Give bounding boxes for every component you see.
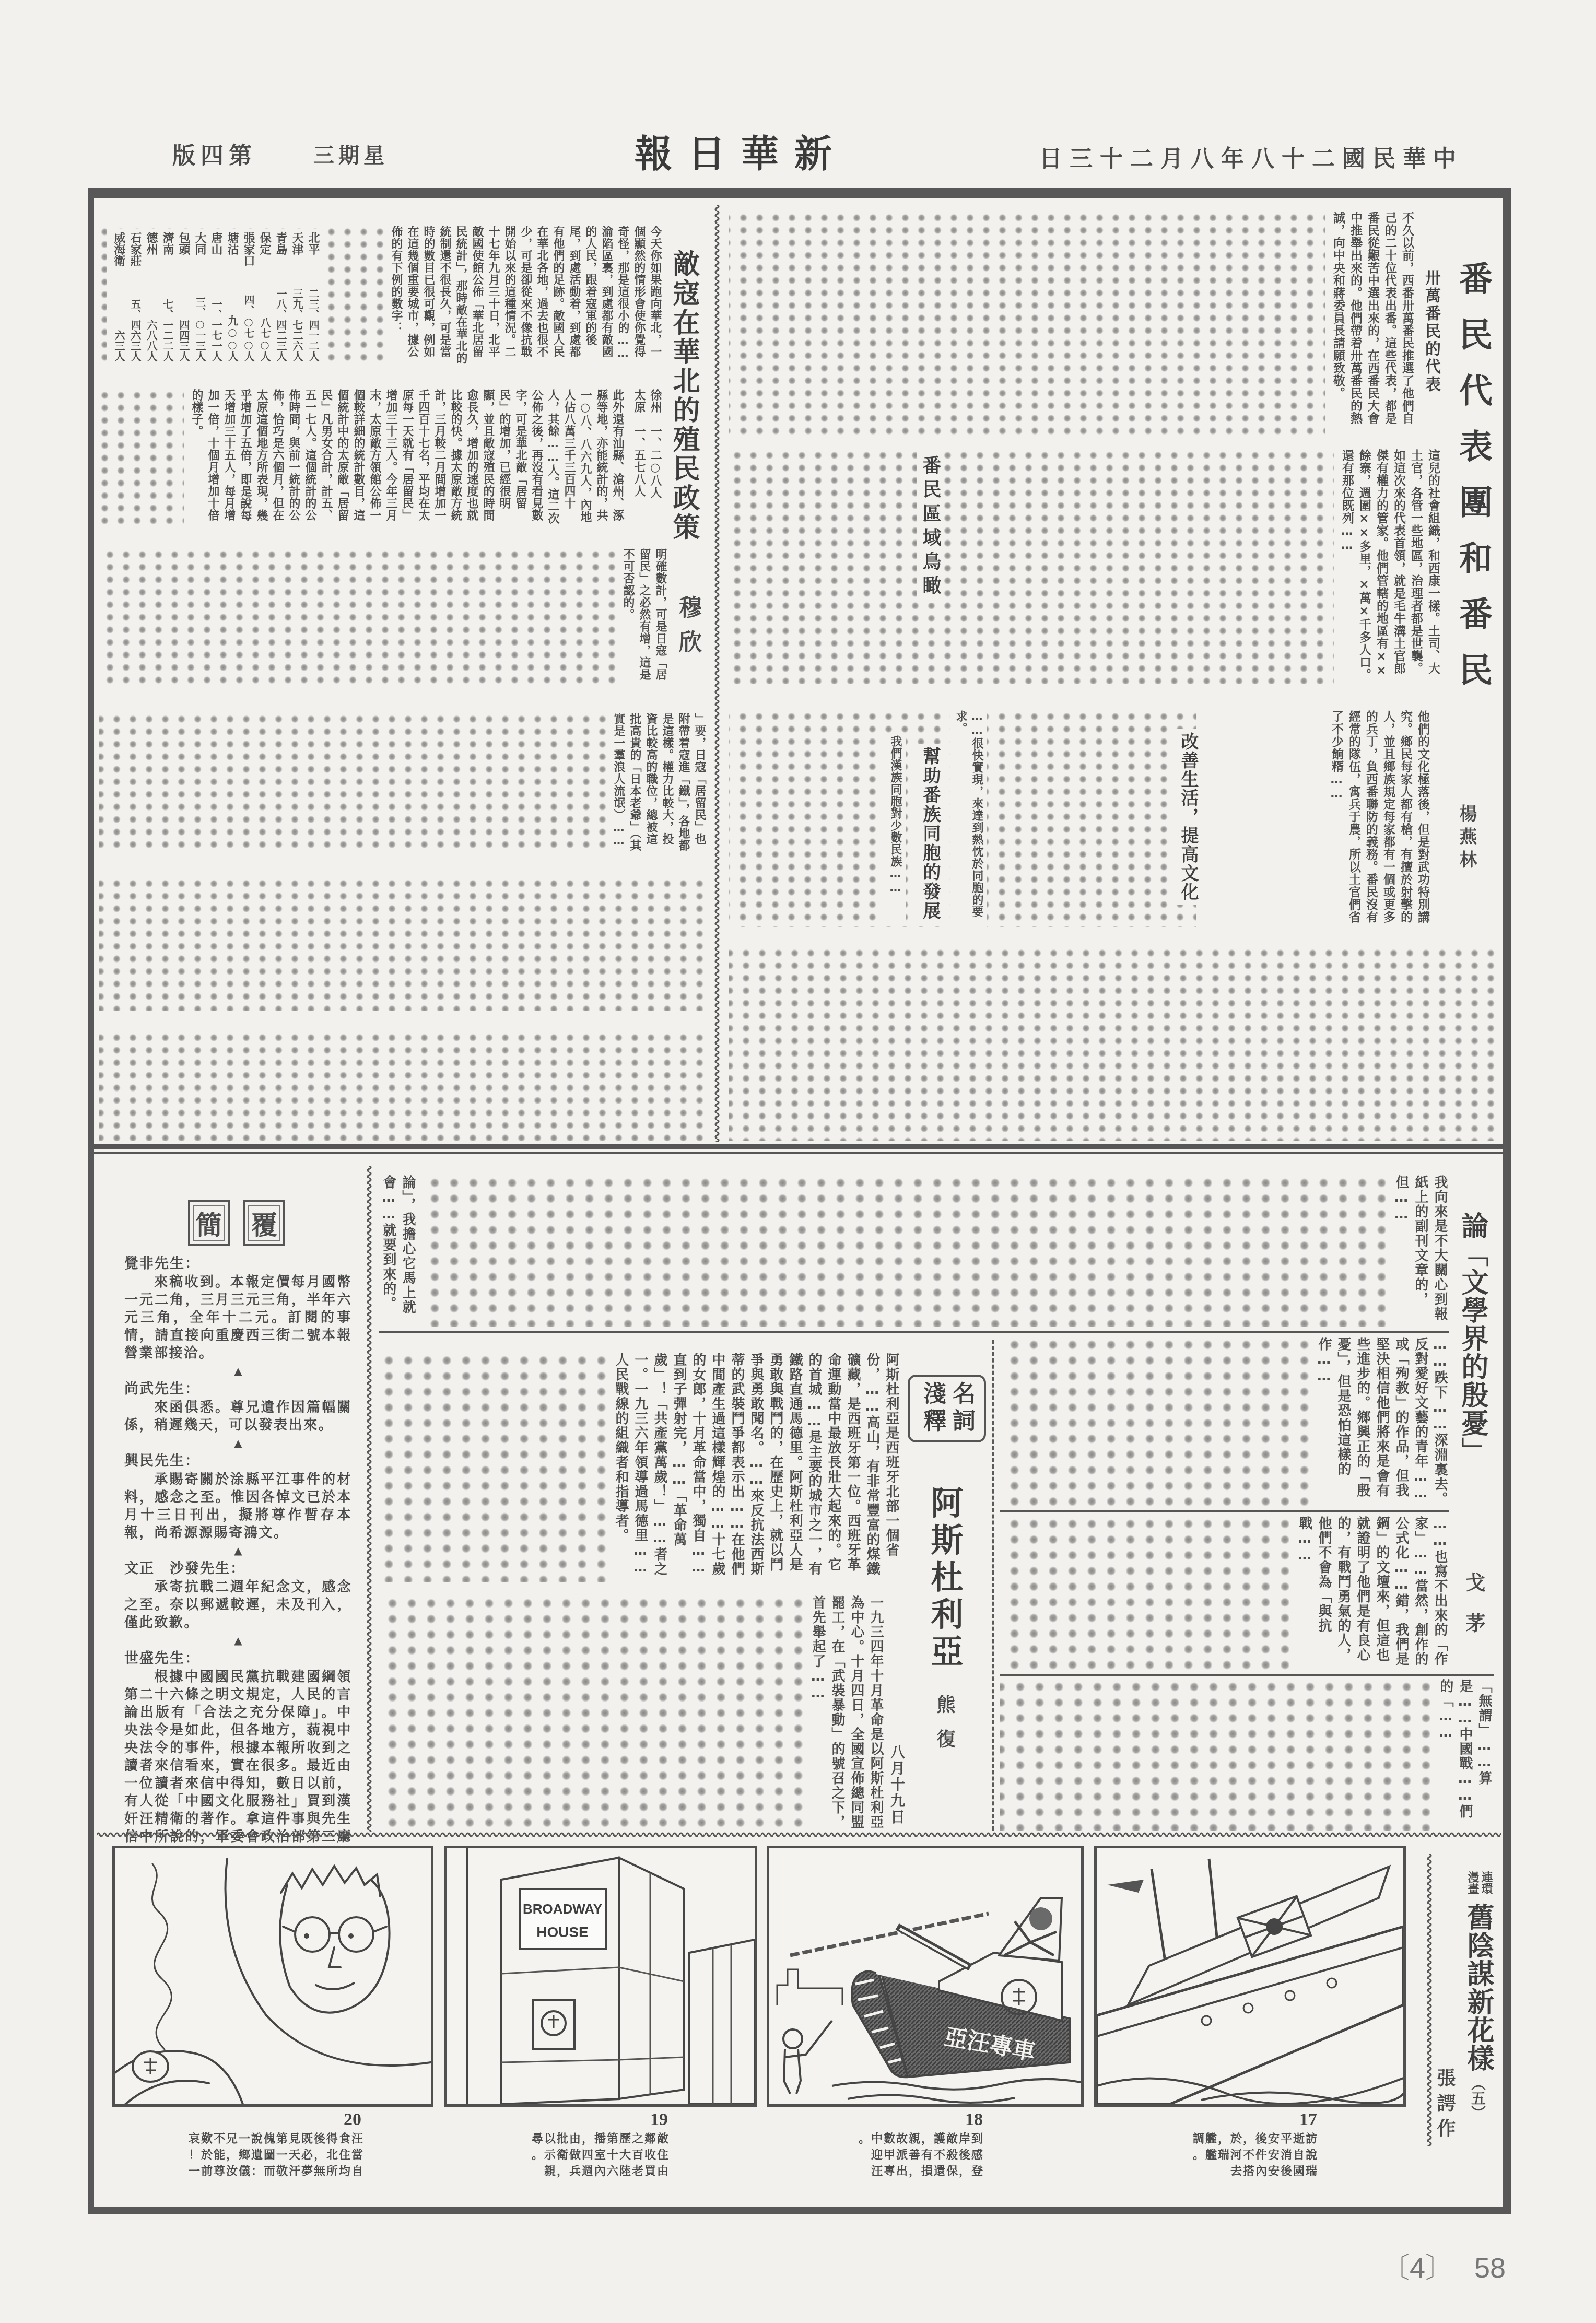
literature-paragraph: ……跌下……深淵裏去。反對愛好文藝的青年……或「殉教」的作品，但我堅決相信他們將… xyxy=(1310,1337,1449,1507)
illegible-print-texture xyxy=(1000,1679,1494,1831)
fanmin-paragraph: 這兒的社會組織，和西康一樣。土司、大土官，各管一些地區，治理者都是世襲。如這次來… xyxy=(1334,449,1441,684)
literature-paragraph-end: 論」，我擔心它馬上就會……就要到來的。 xyxy=(379,1175,420,1327)
literature-text-band-1: 我向來是不大關心到報紙上的副刊文章的，但…… 論」，我擔心它馬上就會……就要到來… xyxy=(379,1175,1449,1327)
page-number-value: 58 xyxy=(1474,2252,1506,2284)
colonial-text-band-2: 徐州 一、二○八人 太原 一、五七八人 此外還有汕縣、滄州、涿縣等地，亦能統計的… xyxy=(99,389,663,526)
fanmin-text-band-3: 他們的文化極落後，但是對武功特別講究。鄉民每家人都有槍，有擅於射擊的人，並且鄉族… xyxy=(729,710,1431,927)
reply-addressee: 尚武先生： xyxy=(124,1380,352,1399)
table-count: 六八八人 xyxy=(145,285,158,361)
replies-heading: 覆 簡 xyxy=(188,1200,285,1246)
table-row: 大同三、○一三人 xyxy=(191,229,207,362)
caption-line: 調艦，於，後安平逝訪 xyxy=(1193,2131,1318,2147)
newspaper-masthead: 新華日報 xyxy=(635,123,848,178)
caption-line: 。中數故親，護敵岸到 xyxy=(859,2131,984,2147)
table-city: 北平 xyxy=(306,232,320,284)
table-count: 一、二○八人 xyxy=(649,425,662,499)
table-city: 德州 xyxy=(144,232,158,284)
table-count: 八七○人 xyxy=(258,285,272,361)
comic-series-label: 連環漫畫 xyxy=(1465,1871,1493,1897)
table-count: 四、○七○人 xyxy=(242,285,255,361)
comic-author: 張諤作 xyxy=(1434,2068,1456,2143)
band-rule xyxy=(1000,1674,1494,1676)
literature-article-title: 論「文學界的殷憂」 xyxy=(1456,1212,1488,1465)
table-city: 徐州 xyxy=(649,389,662,413)
residents-table: 北平二三、四一二人 天津三九、七二六人 青島一八、四二三人 保定八七○人 張家口… xyxy=(107,229,321,363)
table-row: 天津三九、七二六人 xyxy=(288,229,304,362)
comic-panel-number: 17 xyxy=(1299,2110,1317,2130)
dashed-column-divider xyxy=(992,1340,994,1831)
building-sign-line-1: BROADWAY xyxy=(523,1901,602,1917)
wavy-column-divider xyxy=(1426,1854,1433,2146)
comic-panel-18: 亞汪專車 xyxy=(767,1846,1084,2107)
table-count: 一、五七八人 xyxy=(632,425,646,497)
caption-line: ！於能，鄉遺圖一天必，北住當 xyxy=(189,2147,364,2163)
literature-paragraph: 我向來是不大關心到報紙上的副刊文章的，但…… xyxy=(1387,1175,1449,1327)
table-count: 三九、七二六人 xyxy=(290,285,304,361)
glossary-paragraph: 一九三四年十月革命是以阿斯杜利亞為中心。十月四日，全國宣佈總同盟罷工，在「武裝暴… xyxy=(804,1595,885,1831)
colonial-text-band-5 xyxy=(99,877,708,1011)
fanmin-paragraph-end: ……很快實現，來達到熱忱於同胞的要求。 xyxy=(950,710,987,927)
fanmin-text-band-4 xyxy=(729,947,1499,1141)
reply-body: 來函俱悉。尊兄遺作因篇幅關係，稍遲幾天，可以發表出來。 xyxy=(124,1399,352,1434)
comic-part-number: （五） xyxy=(1469,2076,1486,2120)
table-count: 二三、四一二人 xyxy=(307,285,320,361)
wavy-column-divider xyxy=(713,205,721,1142)
reply-addressee: 覺非先生： xyxy=(124,1254,352,1273)
reply-body: 承寄抗戰二週年紀念文，感念之至。奈以郵遞較遲，未及刊入，僅此致歉。 xyxy=(124,1578,352,1632)
colonial-paragraph: 明確數計，可是日寇「居留民」之必然有增，這是不可否認的。 xyxy=(616,548,668,685)
caption-line: 迎甲派善有不殺後感 xyxy=(859,2147,984,2163)
caption-line: 。示衛做四室十大百收住 xyxy=(532,2147,670,2163)
table-city: 包頭 xyxy=(176,232,191,284)
separator-triangle-icon: ▲ xyxy=(124,1542,352,1559)
comic-panel-20 xyxy=(112,1846,433,2107)
table-city: 塘沽 xyxy=(225,232,239,284)
table-row: 包頭四四三人 xyxy=(175,229,191,362)
separator-triangle-icon: ▲ xyxy=(124,1434,352,1452)
fanmin-paragraph: 不久以前，西番卅萬番民推選了他們自己的二十位代表出番。這些代表，都是番民從艱苦中… xyxy=(1325,212,1415,436)
fanmin-text-band-2: 這兒的社會組織，和西康一樣。土司、大土官，各管一些地區，治理者都是世襲。如這次來… xyxy=(729,449,1441,684)
comic-caption: 。中數故親，護敵岸到 迎甲派善有不殺後感 汪專出，損還保，登 xyxy=(859,2131,984,2179)
caption-line: 親，兵週內六陸老買由 xyxy=(532,2163,670,2179)
fanmin-article-byline: 楊燕林 xyxy=(1456,804,1477,873)
table-city: 威海衛 xyxy=(111,232,126,284)
table-count: 五、四六三人 xyxy=(128,285,142,361)
section-divider xyxy=(94,1144,1504,1149)
table-city: 石家莊 xyxy=(127,232,142,284)
table-row: 唐山一、一七一人 xyxy=(207,229,224,362)
table-city: 大同 xyxy=(192,232,207,284)
table-city: 青島 xyxy=(273,232,288,284)
band-rule xyxy=(379,1331,1449,1333)
table-count: 一、一七一人 xyxy=(209,285,223,361)
comic-title: 舊陰謀新花樣 xyxy=(1462,1903,1494,2072)
band-rule xyxy=(1000,1510,1449,1512)
colonial-text-band-1: 今天你如果跑向華北，一個顯然的情形會使你覺得奇怪，那是這很小的……淪陷區裏，到處… xyxy=(99,226,663,364)
separator-triangle-icon: ▲ xyxy=(124,1362,352,1380)
comic-panel-number: 20 xyxy=(344,2110,361,2130)
glossary-label: 名詞淺釋 xyxy=(918,1381,976,1436)
colonial-text-band-6 xyxy=(99,1031,708,1141)
table-row: 青島一八、四二三人 xyxy=(272,229,288,362)
dreaming-sleeper-illustration xyxy=(115,1848,431,2104)
table-city: 保定 xyxy=(257,232,272,284)
colonial-text-band-3: 明確數計，可是日寇「居留民」之必然有增，這是不可否認的。 xyxy=(99,548,668,685)
literature-article-byline: 戈茅 xyxy=(1462,1572,1485,1653)
glossary-byline: 熊復 xyxy=(933,1695,955,1764)
table-row: 太原 一、五七八人 xyxy=(631,389,647,526)
caption-line: 去搭內安後國瑞 xyxy=(1193,2163,1318,2179)
reply-body: 來稿收到。本報定價每月國幣一元二角，三月三元三角，半年六元三角，全年十二元。訂閱… xyxy=(124,1273,352,1362)
glossary-paragraph: 阿斯杜利亞是西班牙北部一個省份，……高山，有非常豐富的煤鐵礦藏，是西班牙第一位。… xyxy=(607,1353,901,1582)
reply-addressee: 世盛先生： xyxy=(124,1649,352,1668)
residents-table-continued: 徐州 一、二○八人 太原 一、五七八人 xyxy=(626,389,663,526)
literature-text-band-2: ……跌下……深淵裏去。反對愛好文藝的青年……或「殉教」的作品，但我堅決相信他們將… xyxy=(1000,1337,1449,1507)
comic-panel-number: 18 xyxy=(965,2110,983,2130)
colonial-article-title: 敵寇在華北的殖民政策 xyxy=(667,250,700,542)
subhead-delegates: 卅萬番民的代表 xyxy=(1419,266,1442,397)
table-count: 四四三人 xyxy=(177,285,191,361)
table-count: 六三人 xyxy=(112,285,126,361)
illegible-print-texture xyxy=(99,548,668,685)
colonial-paragraph: 今天你如果跑向華北，一個顯然的情形會使你覺得奇怪，那是這很小的……淪陷區裏，到處… xyxy=(384,226,663,364)
issue-date: 中華民國二十八年八月二十三日 xyxy=(1039,140,1463,173)
fanmin-text-band-1: 不久以前，西番卅萬番民推選了他們自己的二十位代表出番。這些代表，都是番民從艱苦中… xyxy=(729,212,1415,436)
table-city: 天津 xyxy=(289,232,304,284)
broadway-house-building-illustration: BROADWAY HOUSE xyxy=(447,1848,755,2104)
table-row: 威海衛六三人 xyxy=(110,229,126,362)
caption-line: 哀歎不兄一說傀第見既後得食汪 xyxy=(189,2131,364,2147)
glossary-label-box: 名詞淺釋 xyxy=(908,1375,986,1442)
comic-caption: 調艦，於，後安平逝訪 。艦瑞河不件安消自說 去搭內安後國瑞 xyxy=(1193,2131,1318,2179)
separator-triangle-icon: ▲ xyxy=(124,1632,352,1649)
table-row: 張家口四、○七○人 xyxy=(240,229,256,362)
fanmin-paragraph: 他們的文化極落後，但是對武功特別講究。鄉民每家人都有槍，有擅於射擊的人，並且鄉族… xyxy=(1196,710,1431,927)
comic-caption: 哀歎不兄一說傀第見既後得食汪 ！於能，鄉遺圖一天必，北住當 一前尊汝儀：而敬汗夢… xyxy=(189,2131,364,2179)
reply-addressee: 興民先生： xyxy=(124,1452,352,1471)
subhead-improve-life: 改善生活，提高文化 xyxy=(1175,729,1201,905)
wavy-strip-divider xyxy=(97,1831,1501,1838)
illegible-print-texture xyxy=(99,1031,708,1141)
weekday-label: 星期三 xyxy=(313,139,389,169)
illegible-print-texture xyxy=(729,947,1499,1141)
subhead-help-compatriots: 幫助番族同胞的發展 xyxy=(917,744,943,924)
literature-paragraph: ……也寫不出來的「作家」……當然，創作的公式化……錯，我們是鋼」的文壇來，但這也… xyxy=(1290,1516,1449,1670)
table-count: 一八、四二三人 xyxy=(274,285,288,361)
warship-illustration xyxy=(1097,1848,1403,2104)
table-count: 七、一二二人 xyxy=(161,285,174,361)
literature-text-band-3: ……也寫不出來的「作家」……當然，創作的公式化……錯，我們是鋼」的文壇來，但這也… xyxy=(1000,1516,1449,1670)
reply-body: 承賜寄關於涂縣平江事件的材料，感念之至。惟因各悼文已於本月十三日刊出，擬將尊作暫… xyxy=(124,1471,352,1542)
table-row: 保定八七○人 xyxy=(256,229,272,362)
table-city: 太原 xyxy=(632,389,646,413)
table-count: 九○○人 xyxy=(226,285,239,361)
subhead-region-overview: 番民區域鳥瞰 xyxy=(917,452,944,603)
fanmin-article-title: 番民代表團和番民 xyxy=(1453,261,1493,708)
page-section-label: 〔4〕 xyxy=(1381,2252,1453,2284)
illegible-print-texture xyxy=(729,212,1415,436)
reply-addressee: 文正 沙發先生： xyxy=(124,1559,352,1578)
caption-line: 一前尊汝儀：而敬汗夢無所均自 xyxy=(189,2163,364,2179)
table-count: 三、○一三人 xyxy=(193,285,207,361)
table-row: 北平二三、四一二人 xyxy=(304,229,321,362)
caption-line: 尋以批由，播第歷之鄰敵 xyxy=(532,2131,670,2147)
tank-landing-illustration: 亞汪專車 xyxy=(769,1848,1081,2104)
table-city: 張家口 xyxy=(241,232,255,284)
glossary-text-band-1: 阿斯杜利亞是西班牙北部一個省份，……高山，有非常豐富的煤鐵礦藏，是西班牙第一位。… xyxy=(379,1353,901,1582)
caption-line: 。艦瑞河不件安消自說 xyxy=(1193,2147,1318,2163)
fanmin-paragraph-help: 我們漢族同胞對少數民族…… xyxy=(885,735,906,923)
illegible-print-texture xyxy=(99,877,708,1011)
colonial-text-band-4: 」要，日寇「居留民」也附帶着寇進「鐵」，各地都是這樣。權力比較大，投資比較高的職… xyxy=(99,713,708,853)
wavy-column-divider xyxy=(366,1166,373,1832)
edition-label: 第四版 xyxy=(172,137,257,170)
comic-panel-number: 19 xyxy=(650,2110,668,2130)
glossary-date: 八月十九日 xyxy=(888,1744,906,1825)
colonial-paragraph: 」要，日寇「居留民」也附帶着寇進「鐵」，各地都是這樣。權力比較大，投資比較高的職… xyxy=(606,713,708,853)
colonial-article-byline: 穆欣 xyxy=(675,595,701,664)
literature-text-band-4: 「無謂」……算是……中國戰……們的「…… xyxy=(1000,1679,1494,1831)
illegible-print-texture xyxy=(379,1175,1449,1327)
glossary-title: 阿斯杜利亞 xyxy=(925,1486,963,1671)
section-divider-thin xyxy=(94,1152,1504,1154)
glossary-text-band-2: 一九三四年十月革命是以阿斯杜利亞為中心。十月四日，全國宣佈總同盟罷工，在「武裝暴… xyxy=(379,1595,885,1831)
table-city: 唐山 xyxy=(208,232,223,284)
comic-panel-19: BROADWAY HOUSE xyxy=(444,1846,757,2107)
caption-line: 汪專出，損還保，登 xyxy=(859,2163,984,2179)
table-row: 塘沽九○○人 xyxy=(224,229,240,362)
replies-heading-char: 覆 xyxy=(243,1200,285,1246)
literature-paragraph: 「無謂」……算是……中國戰……們的「…… xyxy=(1431,1679,1494,1831)
table-city: 濟南 xyxy=(160,232,174,284)
table-row: 徐州 一、二○八人 xyxy=(647,389,663,526)
table-row: 德州六八八人 xyxy=(143,229,159,362)
page-number: 〔4〕58 xyxy=(1381,2246,1506,2286)
table-row: 濟南七、一二二人 xyxy=(159,229,175,362)
comic-panel-17 xyxy=(1094,1846,1406,2107)
building-sign-line-2: HOUSE xyxy=(536,1924,589,1940)
replies-heading-char: 簡 xyxy=(188,1200,230,1246)
colonial-paragraph: 此外還有汕縣、滄州、涿縣等地，亦能統計的，共一○八、八六九人，內地人佔八萬三千三… xyxy=(184,389,626,526)
comic-caption: 尋以批由，播第歷之鄰敵 。示衛做四室十大百收住 親，兵週內六陸老買由 xyxy=(532,2131,670,2179)
table-row: 石家莊五、四六三人 xyxy=(126,229,143,362)
